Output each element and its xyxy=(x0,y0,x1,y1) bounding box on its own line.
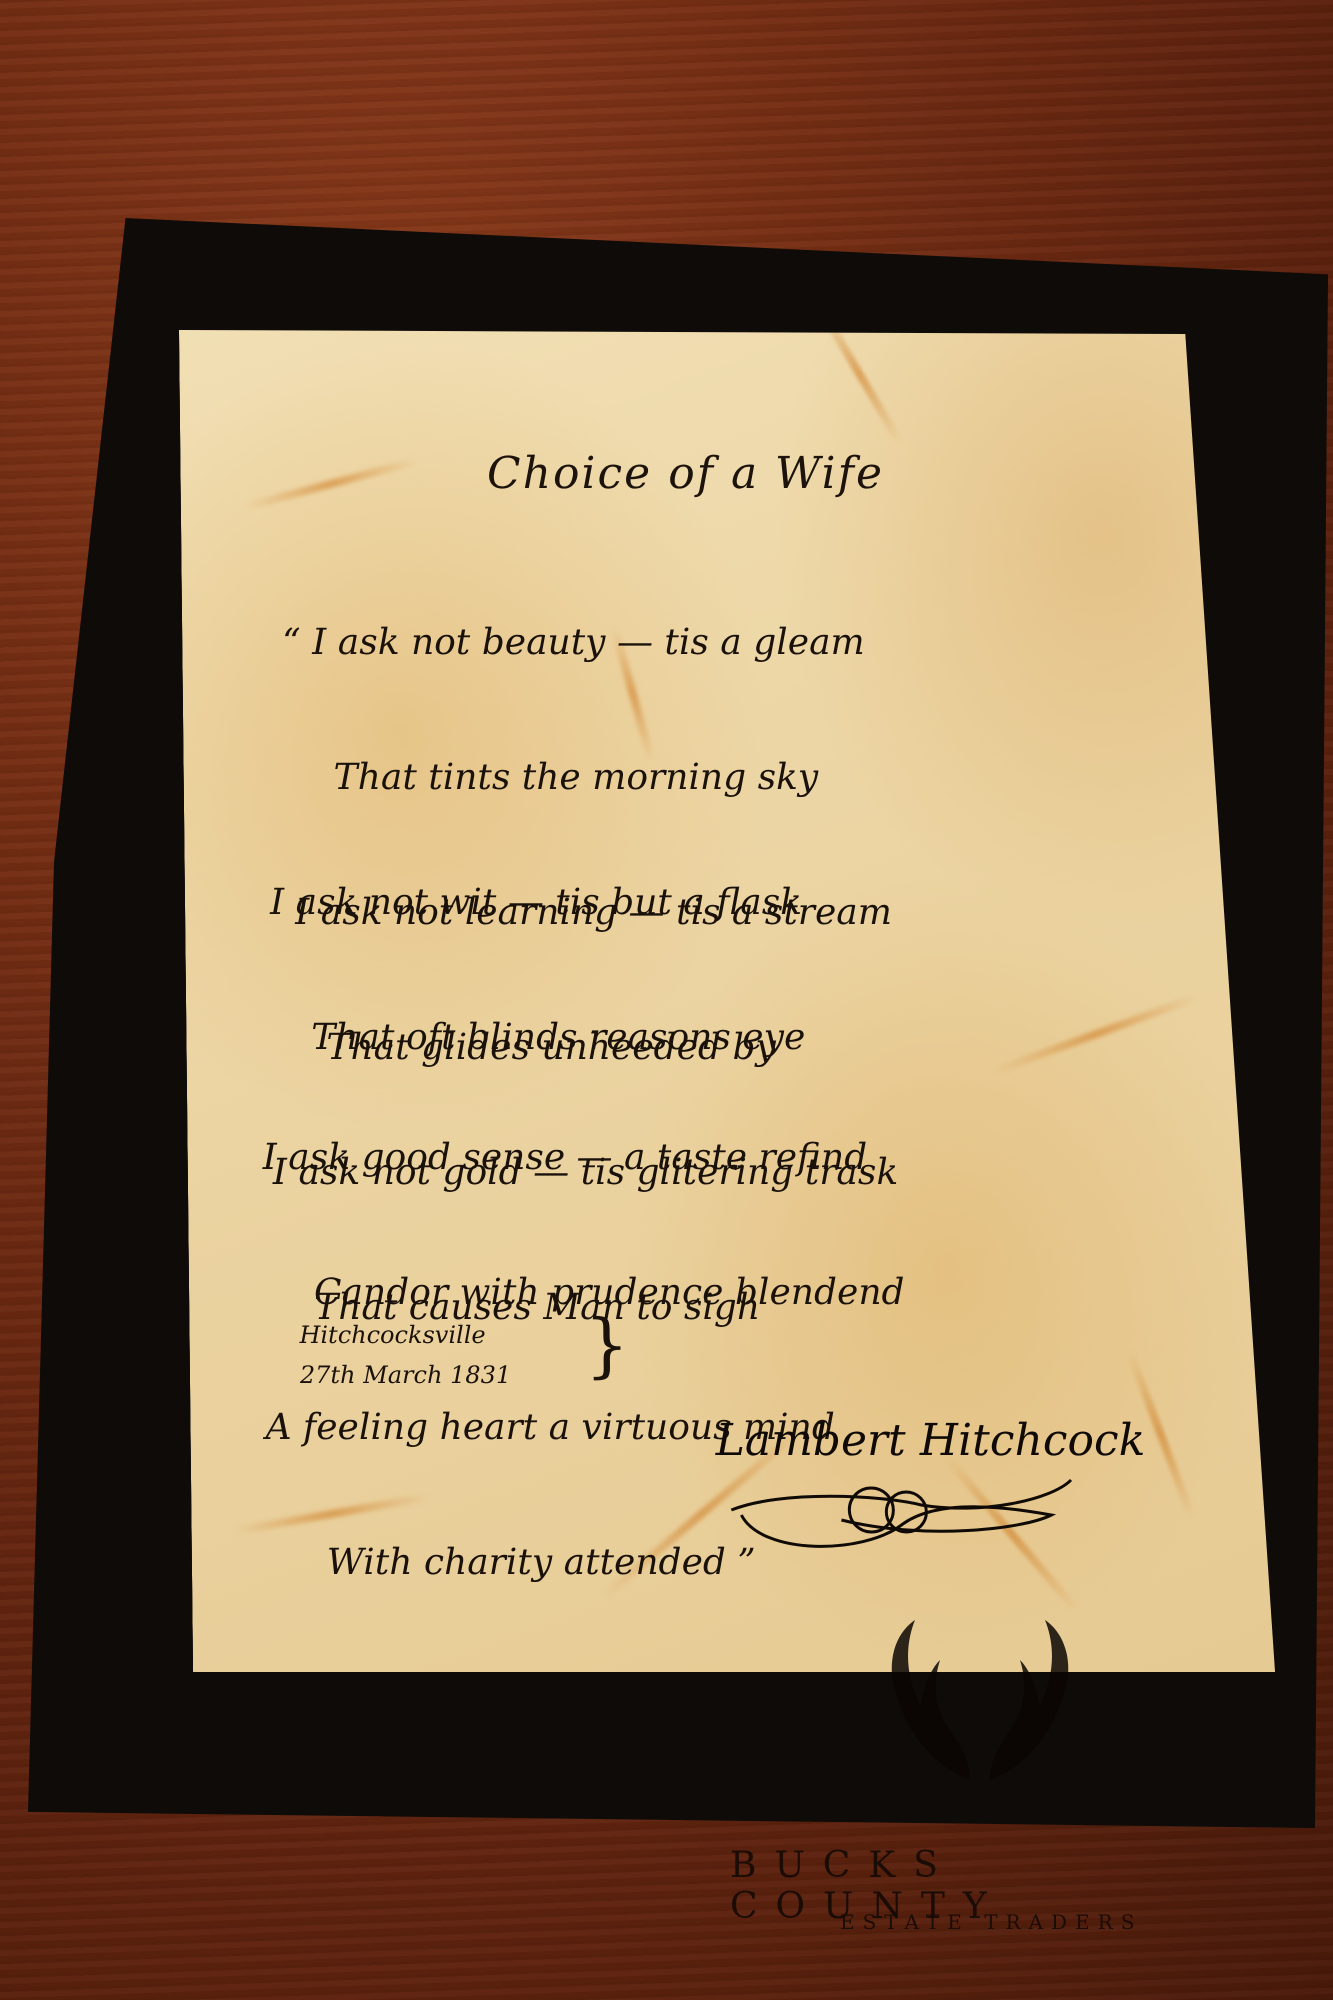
signature-flourish-icon xyxy=(721,1470,1082,1560)
verse-line: I ask not wit — tis but a flask xyxy=(270,880,896,925)
verse-line: I ask good sense — a taste refind xyxy=(262,1135,903,1180)
poem-document: Choice of a Wife “ I ask not beauty — ti… xyxy=(179,330,1275,1672)
place-date: Hitchcocksville 27th March 1831 xyxy=(299,1315,511,1395)
place-text: Hitchcocksville xyxy=(299,1315,511,1355)
watermark-sub: ESTATE TRADERS xyxy=(840,1910,1142,1934)
poem-title: Choice of a Wife xyxy=(180,448,1191,499)
signature: Lambert Hitchcock xyxy=(715,1415,1145,1466)
antlers-icon xyxy=(870,1615,1090,1790)
verse-line: “ I ask not beauty — tis a gleam xyxy=(282,620,889,665)
date-text: 27th March 1831 xyxy=(300,1355,512,1395)
brace-icon: } xyxy=(584,1310,629,1380)
